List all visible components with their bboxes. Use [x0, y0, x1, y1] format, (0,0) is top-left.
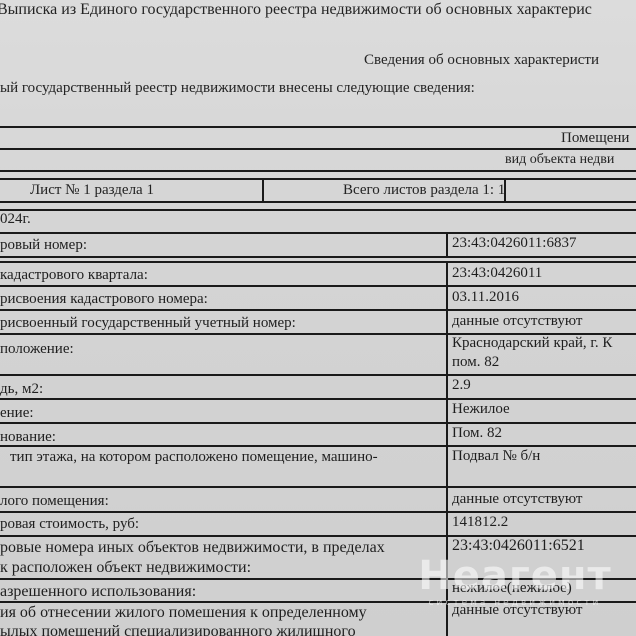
address-value-line2: пом. 82 — [452, 354, 499, 371]
document-subtitle: Сведения об основных характеристи — [364, 52, 599, 69]
sheet-number: Лист № 1 раздела 1 — [30, 182, 154, 199]
table-row-label-line2: к расположен объект недвижимости: — [0, 559, 251, 577]
value-column-divider — [446, 232, 448, 256]
row-line — [0, 422, 636, 424]
table-row-label: тип этажа, на котором расположено помеще… — [10, 449, 378, 466]
date-fragment: 024г. — [0, 211, 31, 228]
name-value: Пом. 82 — [452, 425, 502, 442]
object-type: Помещени — [561, 130, 629, 147]
row-line — [0, 445, 636, 447]
row-line — [0, 374, 636, 376]
floor-value: Подвал № б/н — [452, 448, 540, 465]
object-type-caption: вид объекта недви — [505, 152, 614, 168]
table-row-label: кадастрового квартала: — [0, 267, 148, 284]
table-top — [0, 232, 636, 234]
other-objects-value: 23:43:0426011:6521 — [452, 537, 585, 555]
purpose-value: Нежилое — [452, 401, 510, 418]
table-row-label: положение: — [0, 341, 74, 358]
row-line — [0, 285, 636, 287]
permitted-use-value: нежилое(нежилое) — [452, 580, 572, 597]
sheet-row-top — [0, 178, 636, 180]
table-row-label: дь, м2: — [0, 381, 43, 398]
address-value: Краснодарский край, г. К — [452, 335, 612, 352]
divider-line — [0, 126, 636, 128]
state-number-value: данные отсутствуют — [452, 313, 582, 330]
row-line — [0, 486, 636, 488]
divider-line — [0, 209, 636, 211]
total-sheets: Всего листов раздела 1: 1 — [343, 182, 505, 199]
document-title: Выписка из Единого государственного реес… — [0, 1, 592, 19]
document-page: Выписка из Единого государственного реес… — [0, 0, 636, 636]
table-row-label: ровые номера иных объектов недвижимости,… — [0, 539, 385, 557]
cadastral-value: 141812.2 — [452, 514, 508, 531]
table-row-label: азрешенного использования: — [0, 583, 196, 601]
cadastral-number-value: 23:43:0426011:6837 — [452, 235, 576, 252]
table-row-label: ровая стоимость, руб: — [0, 516, 139, 533]
special-housing-value: данные отсутствуют — [452, 602, 582, 619]
divider-line — [0, 148, 636, 150]
living-premises-value: данные отсутствуют — [452, 491, 582, 508]
table-row-label: нование: — [0, 429, 56, 446]
row-line — [0, 261, 636, 263]
assignment-date-value: 03.11.2016 — [452, 289, 519, 306]
sheet-row-divider — [262, 178, 264, 202]
document-intro: ый государственный реестр недвижимости в… — [0, 80, 475, 97]
row-line — [0, 309, 636, 311]
table-row-label: ровый номер: — [0, 237, 87, 254]
table-row-label: рисвоенный государственный учетный номер… — [0, 315, 296, 332]
table-row-label: ение: — [0, 405, 34, 422]
table-row-label: лого помещения: — [0, 493, 109, 510]
table-row-label-line2: ылых помешений специализированного жилищ… — [0, 623, 356, 636]
row-line — [0, 398, 636, 400]
row-line — [0, 256, 636, 258]
area-value: 2.9 — [452, 377, 471, 394]
table-row-label: ия об отнесении жилого помешения к опред… — [0, 604, 367, 622]
table-row-label: рисвоения кадастрового номера: — [0, 291, 208, 308]
cadastral-quarter-value: 23:43:0426011 — [452, 265, 542, 282]
sheet-row-bottom — [0, 201, 636, 203]
row-line — [0, 511, 636, 513]
divider-line — [0, 170, 636, 172]
